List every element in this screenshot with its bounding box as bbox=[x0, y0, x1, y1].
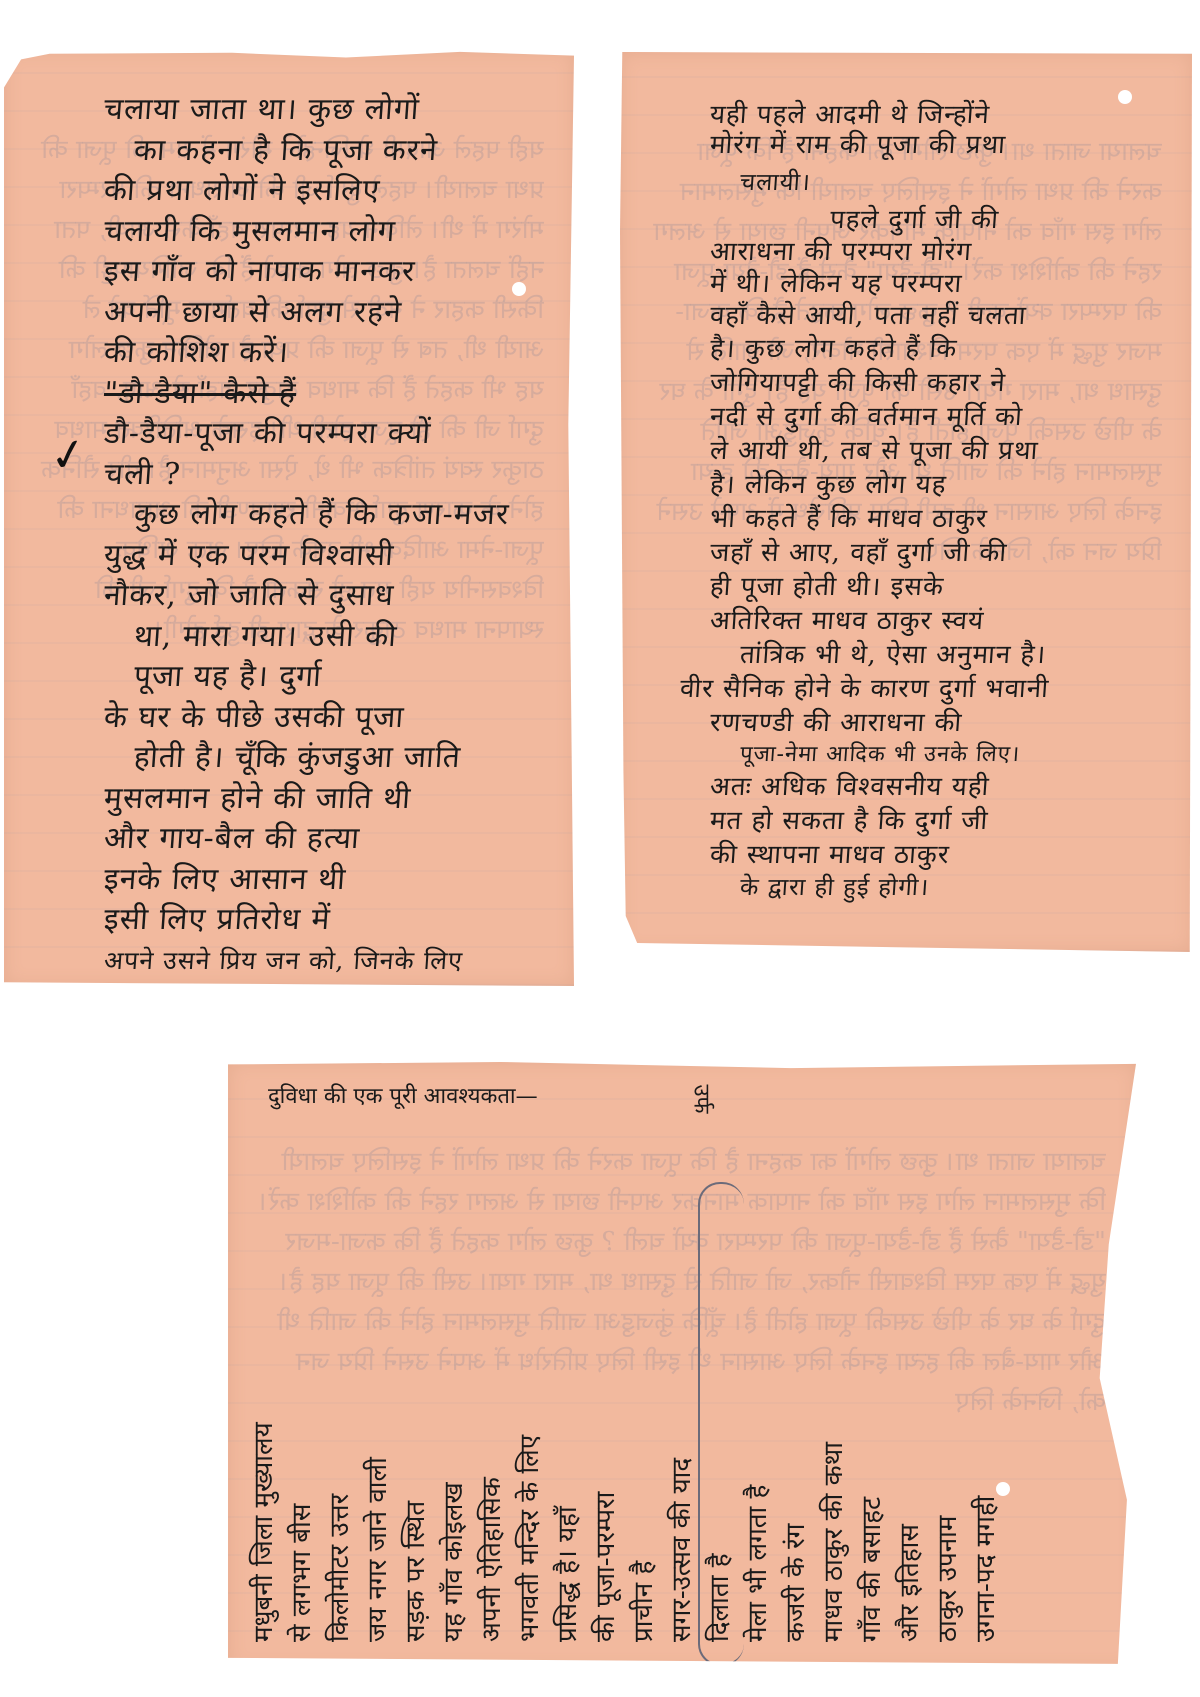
vertical-text-column: माधव ठाकुर की कथा bbox=[818, 1142, 850, 1642]
text-line: भी कहते हैं कि माधव ठाकुर bbox=[709, 502, 1163, 536]
manuscript-page-right: चलाया जाता था। कुछ लोगों का कहना है कि प… bbox=[620, 52, 1192, 952]
text-line: जहाँ से आए, वहाँ दुर्गा जी की bbox=[709, 536, 1163, 570]
text-line: की प्रथा लोगों ने इसलिए bbox=[103, 171, 546, 212]
margin-note: उर्फ bbox=[688, 1084, 718, 1113]
vertical-text-column: प्रसिद्ध है। यहाँ bbox=[552, 1142, 584, 1642]
text-line: इसी लिए प्रतिरोध में bbox=[103, 900, 546, 941]
vertical-text-column: अपनी ऐतिहासिक bbox=[476, 1142, 508, 1642]
handwritten-text-block: चलाया जाता था। कुछ लोगों का कहना है कि प… bbox=[104, 90, 544, 981]
text-line: अतिरिक्त माधव ठाकुर स्वयं bbox=[709, 604, 1163, 638]
text-line: डौ-डैया-पूजा की परम्परा क्यों bbox=[103, 414, 546, 455]
vertical-text-column: मेला भी लगता है bbox=[742, 1142, 774, 1642]
text-line: यही पहले आदमी थे जिन्होंने bbox=[709, 100, 1163, 130]
text-line: के द्वारा ही हुई होगी। bbox=[709, 872, 1163, 902]
text-line: अपने उसने प्रिय जन को, जिनके लिए bbox=[103, 941, 546, 982]
vertical-text-column: भगवती मन्दिर के लिए bbox=[514, 1142, 546, 1642]
text-line: अतः अधिक विश्वसनीय यही bbox=[709, 770, 1163, 804]
text-line: पूजा यह है। दुर्गा bbox=[103, 657, 546, 698]
text-line: वहाँ कैसे आयी, पता नहीं चलता bbox=[709, 300, 1163, 332]
text-line: आराधना की परम्परा मोरंग bbox=[709, 236, 1163, 268]
text-line: की कोशिश करें। bbox=[103, 333, 546, 374]
vertical-text-column: उगना-पद मगही bbox=[970, 1142, 1002, 1642]
text-line: तांत्रिक भी थे, ऐसा अनुमान है। bbox=[709, 638, 1163, 672]
vertical-text-column: ठाकुर उपनाम bbox=[932, 1142, 964, 1642]
text-line: पूजा-नेमा आदिक भी उनके लिए। bbox=[709, 740, 1163, 770]
text-line: मत हो सकता है कि दुर्गा जी bbox=[709, 804, 1163, 838]
text-line: और गाय-बैल की हत्या bbox=[103, 819, 546, 860]
struck-text-line: "डौ-डैया" कैसे हैं bbox=[103, 374, 546, 415]
text-line: मुसलमान होने की जाति थी bbox=[103, 779, 546, 820]
text-line: की स्थापना माधव ठाकुर bbox=[709, 838, 1163, 872]
text-line: नदी से दुर्गा की वर्तमान मूर्ति को bbox=[709, 400, 1163, 434]
vertical-text-column: सड़क पर स्थित bbox=[400, 1142, 432, 1642]
vertical-text-column: सगर-उत्सव की याद bbox=[666, 1142, 698, 1642]
text-line: का कहना है कि पूजा करने bbox=[103, 131, 546, 172]
vertical-text-column: गाँव की बसाहट bbox=[856, 1142, 888, 1642]
text-line: में थी। लेकिन यह परम्परा bbox=[709, 268, 1163, 300]
manuscript-page-left: यही पहले आदमी थे जिन्होंने मोरंग में राम… bbox=[4, 50, 574, 986]
vertical-text-column: दिलाता है bbox=[704, 1142, 736, 1642]
text-line: इनके लिए आसान थी bbox=[103, 860, 546, 901]
text-line: नौकर, जो जाति से दुसाध bbox=[103, 576, 546, 617]
manuscript-page-bottom: चलाया जाता था। कुछ लोगों का कहना है कि प… bbox=[228, 1062, 1136, 1670]
text-line: वीर सैनिक होने के कारण दुर्गा भवानी bbox=[679, 672, 1163, 706]
text-line: अपनी छाया से अलग रहने bbox=[103, 293, 546, 334]
vertical-text-column: जय नगर जाने वाली bbox=[362, 1142, 394, 1642]
vertical-text-column: प्राचीन है bbox=[628, 1142, 660, 1642]
vertical-text-column: मधुबनी जिला मुख्यालय bbox=[248, 1142, 280, 1642]
text-line: मोरंग में राम की पूजा की प्रथा bbox=[709, 130, 1163, 160]
text-line: होती है। चूँकि कुंजडुआ जाति bbox=[103, 738, 546, 779]
text-line: है। कुछ लोग कहते हैं कि bbox=[709, 332, 1163, 366]
text-line: इस गाँव को नापाक मानकर bbox=[103, 252, 546, 293]
text-line: ले आयी थी, तब से पूजा की प्रथा bbox=[709, 434, 1163, 468]
checkmark-icon: ✓ bbox=[46, 427, 91, 484]
text-line: रणचण्डी की आराधना की bbox=[709, 706, 1163, 740]
vertical-text-column: किलोमीटर उत्तर bbox=[324, 1142, 356, 1642]
text-line: कुछ लोग कहते हैं कि कजा-मजर bbox=[103, 495, 546, 536]
text-line: के घर के पीछे उसकी पूजा bbox=[103, 698, 546, 739]
vertical-text-column: यह गाँव कोइलख bbox=[438, 1142, 470, 1642]
text-line: चली ? bbox=[103, 455, 546, 496]
vertical-text-column: और इतिहास bbox=[894, 1142, 926, 1642]
text-line: चलायी। bbox=[708, 160, 1163, 204]
text-line: था, मारा गया। उसी की bbox=[103, 617, 546, 658]
page-heading: दुविधा की एक पूरी आवश्यकता— bbox=[268, 1080, 538, 1110]
text-line: चलायी कि मुसलमान लोग bbox=[103, 212, 546, 253]
handwritten-text-block: यही पहले आदमी थे जिन्होंने मोरंग में राम… bbox=[710, 100, 1162, 902]
text-line: पहले दुर्गा जी की bbox=[709, 204, 1163, 236]
text-line: है। लेकिन कुछ लोग यह bbox=[709, 468, 1163, 502]
vertical-text-column: की पूजा-परम्परा bbox=[590, 1142, 622, 1642]
text-line: युद्ध में एक परम विश्वासी bbox=[103, 536, 546, 577]
vertical-text-columns: मधुबनी जिला मुख्यालय से लगभग बीस किलोमीट… bbox=[248, 1142, 1116, 1660]
text-line: जोगियापट्टी की किसी कहार ने bbox=[709, 366, 1163, 400]
text-line: चलाया जाता था। कुछ लोगों bbox=[103, 90, 546, 131]
vertical-text-column: से लगभग बीस bbox=[286, 1142, 318, 1642]
text-line: ही पूजा होती थी। इसके bbox=[709, 570, 1163, 604]
vertical-text-column: कजरी के रंग bbox=[780, 1142, 812, 1642]
